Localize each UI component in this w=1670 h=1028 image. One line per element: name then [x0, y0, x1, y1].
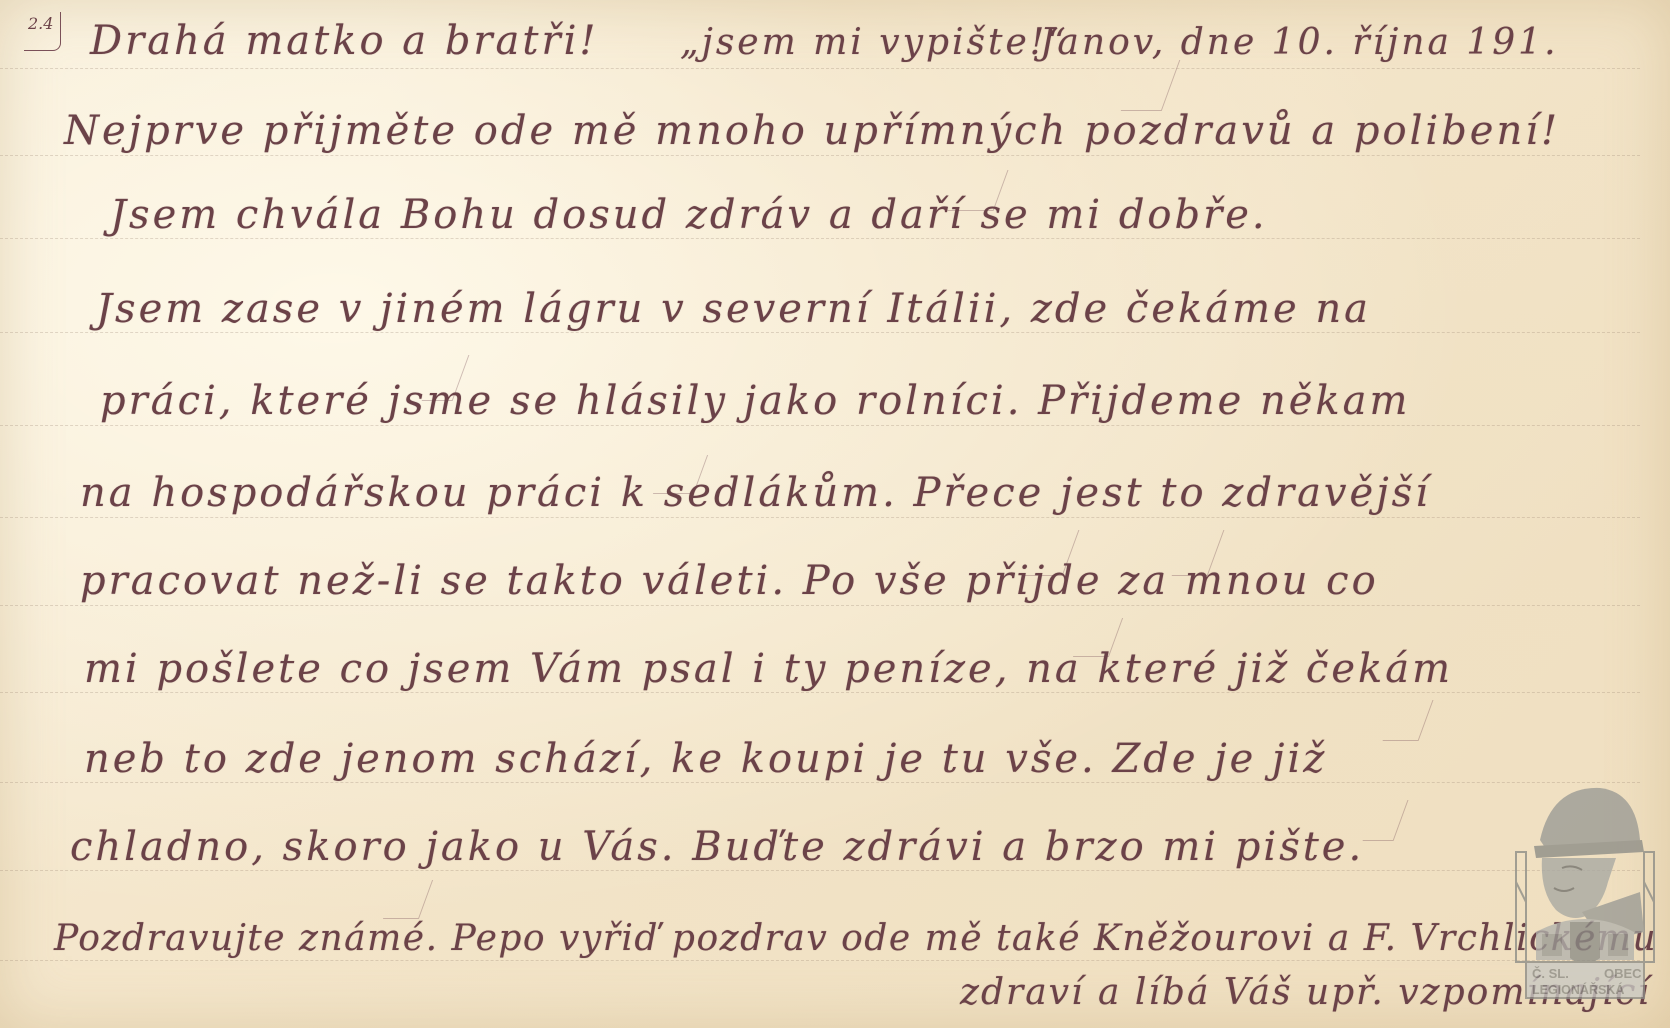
letter-line-7: mi pošlete co jsem Vám psal i ty peníze,… [84, 646, 1453, 692]
svg-text:Č. SL.: Č. SL. [1532, 966, 1569, 981]
letter-line-8: neb to zde jenom schází, ke koupi je tu … [84, 736, 1327, 782]
ruled-line [0, 425, 1640, 426]
svg-text:LEGIONÁŘSKÁ: LEGIONÁŘSKÁ [1532, 982, 1624, 997]
letter-line-10: Pozdravujte známé. Pepo vyřiď pozdrav od… [54, 918, 1657, 959]
ruled-line [0, 332, 1640, 333]
ruled-line [0, 605, 1640, 606]
letter-line-6: pracovat než-li se takto váleti. Po vše … [80, 558, 1379, 604]
ruled-line [0, 517, 1640, 518]
ink-flourish [1363, 800, 1409, 841]
ink-flourish [383, 880, 433, 919]
letter-line-5: na hospodářskou práci k sedlákům. Přece … [80, 470, 1431, 516]
ruled-line [0, 960, 1640, 961]
letter-line-1: Nejprve přijměte ode mě mnoho upřímných … [64, 108, 1560, 154]
ruled-line [0, 870, 1640, 871]
aside-note: „jsem mi vypište!“ [680, 22, 1069, 63]
corner-note: 2.4 [28, 14, 53, 33]
place-date: Janov, dne 10. října 191. [1040, 22, 1559, 63]
legion-stamp: Č. SL. OBEC LEGIONÁŘSKÁ [1512, 782, 1658, 1000]
letter-line-3: Jsem zase v jiném lágru v severní Itálii… [96, 286, 1371, 332]
ink-flourish [1383, 700, 1434, 741]
ruled-line [0, 782, 1640, 783]
letter-line-9: chladno, skoro jako u Vás. Buďte zdrávi … [70, 824, 1364, 870]
soldier-emblem-icon: Č. SL. OBEC LEGIONÁŘSKÁ [1512, 782, 1658, 1000]
salutation: Drahá matko a bratři! [90, 18, 598, 64]
svg-text:OBEC: OBEC [1604, 966, 1642, 981]
ruled-line [0, 155, 1640, 156]
postcard: 2.4 Drahá matko a bratři! „jsem mi vypiš… [0, 0, 1670, 1028]
ruled-line [0, 238, 1640, 239]
ruled-line [0, 68, 1640, 69]
letter-line-4: práci, které jsme se hlásily jako rolníc… [100, 378, 1410, 424]
ruled-line [0, 692, 1640, 693]
letter-line-2: Jsem chvála Bohu dosud zdráv a daří se m… [110, 192, 1268, 238]
